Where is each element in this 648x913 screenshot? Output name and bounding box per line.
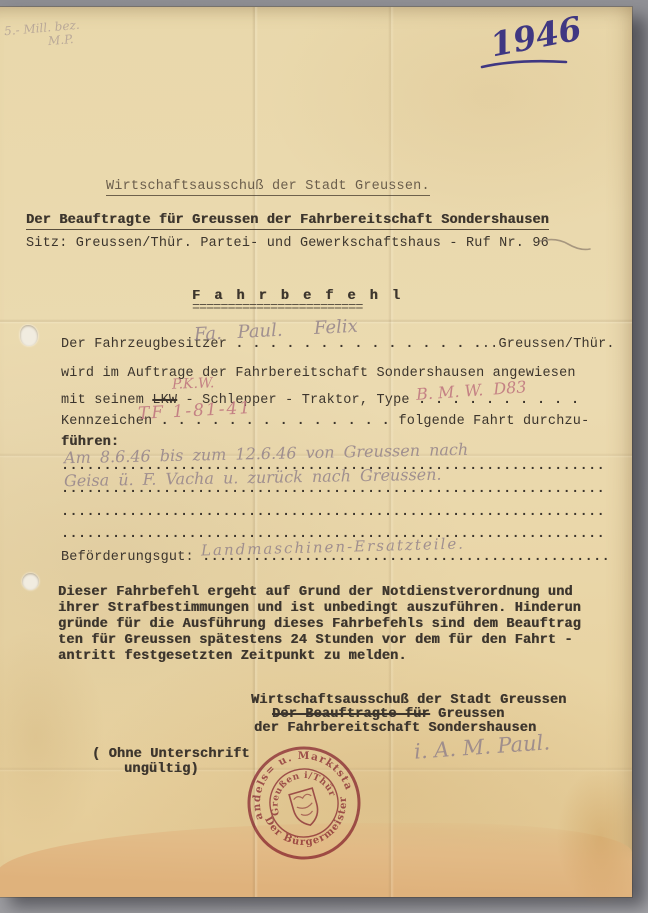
route-dotted-line-4: ........................................… <box>61 527 605 542</box>
auftrag-line: wird im Auftrage der Fahrbereitschaft So… <box>61 366 576 381</box>
route-dotted-line-2: ........................................… <box>61 482 605 497</box>
vehicle-line: mit seinem LKW - Schlepper - Traktor, Ty… <box>61 393 580 408</box>
legal-line-1: Dieser Fahrbefehl ergeht auf Grund der N… <box>58 585 573 600</box>
fold-crease-horizontal <box>0 319 632 324</box>
punch-hole-bottom <box>22 573 39 590</box>
pencil-flourish <box>538 235 592 253</box>
fold-crease-horizontal <box>0 453 632 458</box>
route-dotted-line-3: ........................................… <box>61 505 605 520</box>
no-signature-note-2: ungültig) <box>124 762 199 777</box>
pencil-note-top-left-2: M.P. <box>47 32 74 48</box>
legal-line-4: ten für Greussen spätestens 24 Stunden v… <box>58 633 573 648</box>
title-underline: ======================== <box>192 301 362 316</box>
owner-line: Der Fahrzeugbesitzer . . . . . . . . . .… <box>61 337 615 352</box>
fold-crease-vertical <box>388 7 394 897</box>
punch-hole-top <box>20 325 38 346</box>
year-underline-stroke <box>478 55 570 71</box>
legal-line-3: gründe für die Ausführung dieses Fahrbef… <box>58 617 581 632</box>
scanned-document-photo: { "annotations": { "top_left_note_line1"… <box>0 0 648 913</box>
letterhead-line-3: Sitz: Greussen/Thür. Partei- und Gewerks… <box>26 236 549 251</box>
signature-role-line: Der Beauftragte für Greussen <box>272 707 504 722</box>
pencil-note-top-left: 5.- Mill. bez. <box>4 18 81 39</box>
legal-line-2: ihrer Strafbestimmungen und ist unbeding… <box>58 601 581 616</box>
plate-line: Kennzeichen . . . . . . . . . . . . . . … <box>61 414 589 429</box>
fuehren-line: führen: <box>61 435 119 450</box>
route-dotted-line-1: ........................................… <box>61 459 605 474</box>
cargo-line: Beförderungsgut: .......................… <box>61 550 610 565</box>
signature-org-line: Wirtschaftsausschuß der Stadt Greussen <box>251 693 566 708</box>
letterhead-line-1: Wirtschaftsausschuß der Stadt Greussen. <box>106 179 430 196</box>
document-page: 5.- Mill. bez. M.P. 1946 Wirtschaftsauss… <box>0 7 632 897</box>
legal-line-5: antritt festgesetzten Zeitpunkt zu melde… <box>58 649 407 664</box>
letterhead-line-2: Der Beauftragte für Greussen der Fahrber… <box>26 213 549 230</box>
